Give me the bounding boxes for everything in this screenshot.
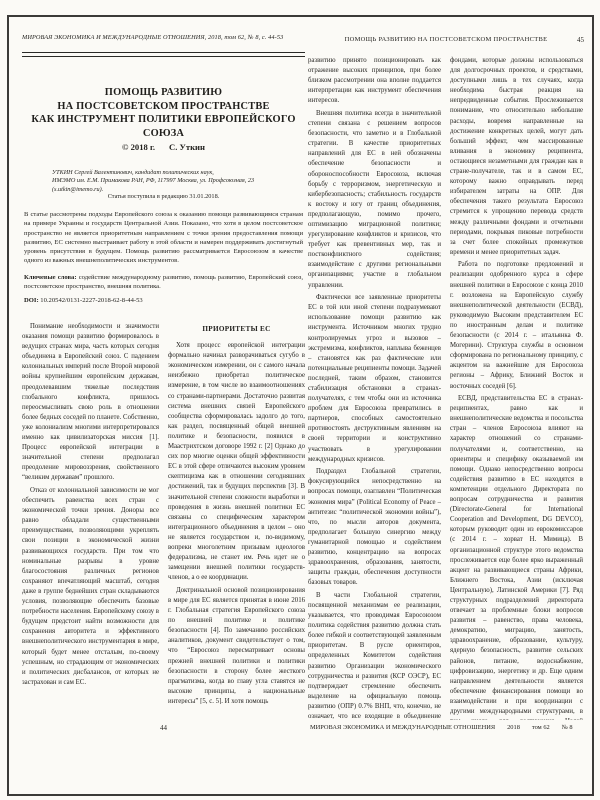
column-1: развитию принято позиционировать как отр… [308, 56, 441, 720]
abstract: В статье рассмотрены подходы Европейског… [24, 210, 303, 266]
page-number-44: 44 [22, 724, 305, 732]
keywords: Ключевые слова: содействие международном… [24, 273, 303, 292]
body-paragraph: Доктринальной основой позиционирования в… [168, 586, 305, 704]
author-affiliation-line2: ИМЭМО им. Е.М. Примакова РАН, РФ, 117997… [52, 177, 302, 194]
page-44: МИРОВАЯ ЭКОНОМИКА И МЕЖДУНАРОДНЫЕ ОТНОШЕ… [22, 30, 305, 742]
article-title-line1: ПОМОЩЬ РАЗВИТИЮ [22, 86, 305, 100]
header-rule [22, 52, 305, 57]
body-columns-right: развитию принято позиционировать как отр… [308, 56, 584, 720]
doi-label: DOI: [24, 297, 39, 304]
journal-header: МИРОВАЯ ЭКОНОМИКА И МЕЖДУНАРОДНЫЕ ОТНОШЕ… [22, 34, 305, 41]
footer-issue: № 8 [562, 724, 573, 731]
footer-volume: том 62 [532, 724, 550, 731]
article-title: ПОМОЩЬ РАЗВИТИЮ НА ПОСТСОВЕТСКОМ ПРОСТРА… [22, 86, 305, 140]
footer-year: 2018 [507, 724, 520, 731]
article-title-line2: НА ПОСТСОВЕТСКОМ ПРОСТРАНСТВЕ [22, 100, 305, 114]
body-paragraph: Подраздел Глобальной стратегии, фокусиру… [308, 467, 441, 588]
body-paragraph: Работа по подготовке предложений и реали… [450, 260, 583, 391]
body-paragraph: ЕСВД, представительства ЕС в странах-рец… [450, 394, 583, 720]
copyright-year: © 2018 г. [122, 142, 155, 152]
body-columns-left: Понимание необходимости и значимости ока… [22, 322, 305, 704]
column-2: ПРИОРИТЕТЫ ЕС Хотя процесс европейской и… [168, 322, 305, 704]
column-2: фондами, которые должны использоваться д… [450, 56, 583, 720]
body-paragraph: развитию принято позиционировать как отр… [308, 56, 441, 106]
column-1: Понимание необходимости и значимости ока… [22, 322, 159, 704]
article-title-line3: КАК ИНСТРУМЕНТ ПОЛИТИКИ ЕВРОПЕЙСКОГО СОЮ… [22, 113, 305, 140]
copyright-line: © 2018 г.С. Уткин [22, 142, 305, 152]
author-affiliation: УТКИН Сергей Валентинович, кандидат поли… [52, 169, 302, 194]
author-affiliation-line1: УТКИН Сергей Валентинович, кандидат поли… [52, 169, 302, 177]
page-45: ПОМОЩЬ РАЗВИТИЮ НА ПОСТСОВЕТСКОМ ПРОСТРА… [308, 30, 584, 742]
page-number-45: 45 [577, 36, 584, 44]
body-paragraph: В части Глобальной стратегии, посвященно… [308, 591, 441, 720]
journal-footer: МИРОВАЯ ЭКОНОМИКА И МЕЖДУНАРОДНЫЕ ОТНОШЕ… [310, 724, 586, 731]
body-paragraph: Внешняя политика всегда в значительной с… [308, 109, 441, 291]
keywords-label: Ключевые слова: [24, 274, 77, 281]
body-paragraph: Понимание необходимости и значимости ока… [22, 322, 159, 484]
footer-journal-name: МИРОВАЯ ЭКОНОМИКА И МЕЖДУНАРОДНЫЕ ОТНОШЕ… [310, 724, 495, 731]
doi-value: 10.20542/0131-2227-2018-62-8-44-53 [39, 297, 143, 304]
running-head: ПОМОЩЬ РАЗВИТИЮ НА ПОСТСОВЕТСКОМ ПРОСТРА… [308, 36, 584, 43]
doi: DOI: 10.20542/0131-2227-2018-62-8-44-53 [24, 297, 303, 304]
author-name-short: С. Уткин [169, 142, 205, 152]
body-paragraph: Отказ от колониальной зависимости не мог… [22, 486, 159, 688]
body-paragraph: Фактически все заявленные приоритеты ЕС … [308, 293, 441, 465]
section-heading: ПРИОРИТЕТЫ ЕС [168, 324, 305, 334]
body-paragraph: фондами, которые должны использоваться д… [450, 56, 583, 258]
received-date: Статья поступила в редакцию 31.01.2018. [22, 193, 305, 200]
body-paragraph: Хотя процесс европейской интеграции форм… [168, 341, 305, 583]
